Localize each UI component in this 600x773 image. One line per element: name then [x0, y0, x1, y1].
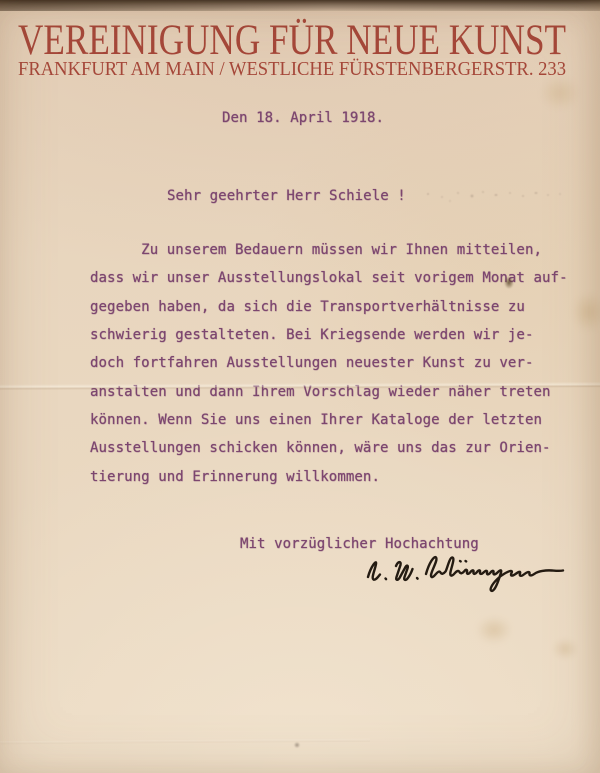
letterhead-organization: VEREINIGUNG FÜR NEUE KUNST	[18, 17, 566, 64]
paper-stain	[572, 292, 600, 332]
date-line: Den 18. April 1918.	[222, 111, 384, 125]
signature	[356, 553, 568, 595]
letter-body: Zu unserem Bedauern müssen wir Ihnen mit…	[90, 236, 568, 491]
letterhead: VEREINIGUNG FÜR NEUE KUNST FRANKFURT AM …	[0, 0, 600, 90]
paper-stain	[552, 638, 578, 660]
erased-text-smudge	[420, 188, 568, 203]
letterhead-address: FRANKFURT AM MAIN / WESTLICHE FÜRSTENBER…	[18, 57, 566, 80]
letter-scan: VEREINIGUNG FÜR NEUE KUNST FRANKFURT AM …	[0, 0, 600, 773]
paper-stain	[476, 616, 512, 644]
bottom-crease	[0, 739, 370, 745]
closing-line: Mit vorzüglicher Hochachtung	[240, 537, 479, 551]
salutation: Sehr geehrter Herr Schiele !	[167, 189, 406, 203]
paper-stain	[294, 742, 300, 748]
